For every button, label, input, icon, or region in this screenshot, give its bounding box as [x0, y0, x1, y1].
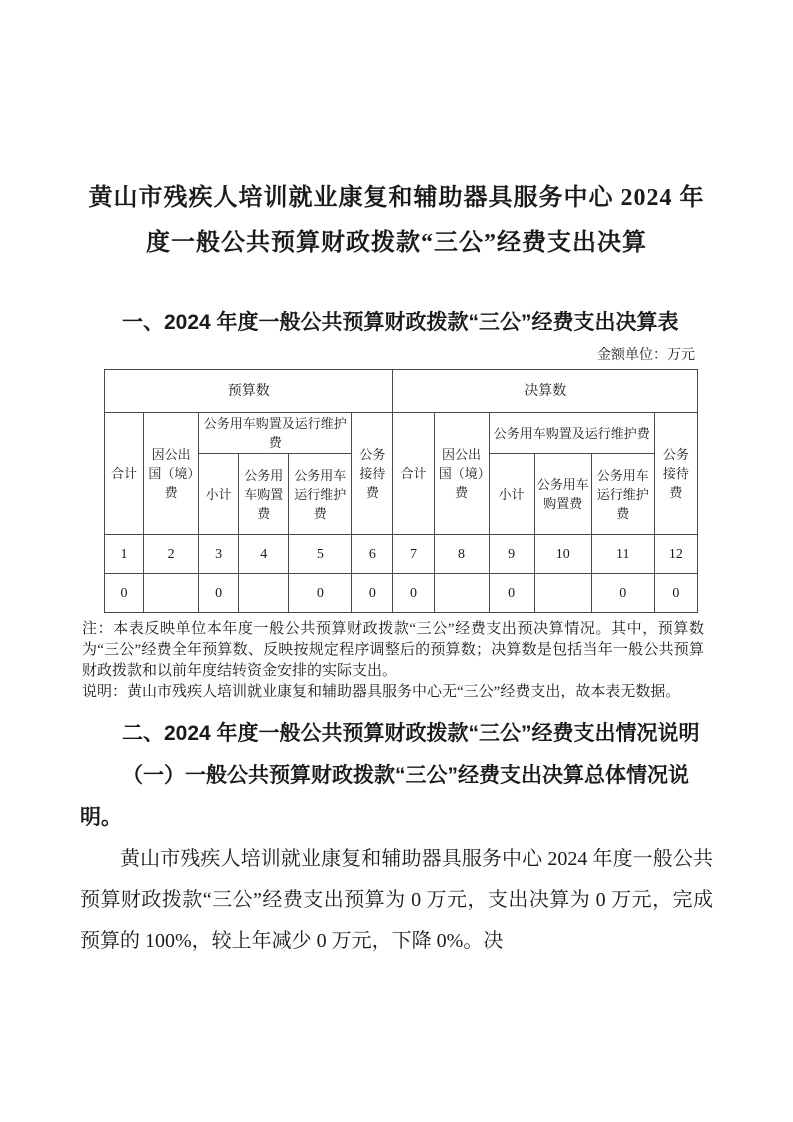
- value-cell: 0: [352, 574, 393, 613]
- final-abroad-header-cell: 因公出国（境）费: [434, 413, 489, 535]
- value-cell: 0: [489, 574, 534, 613]
- final-group-header-cell: 决算数: [393, 370, 698, 413]
- final-vehicle-group-header-cell: 公务用车购置及运行维护费: [489, 413, 654, 454]
- value-cell: [239, 574, 289, 613]
- value-cell: 0: [289, 574, 352, 613]
- budget-reception-header-cell: 公务接待费: [352, 413, 393, 535]
- budget-total-header-cell: 合计: [105, 413, 144, 535]
- section-one-heading: 一、2024 年度一般公共预算财政拨款“三公”经费支出决算表: [80, 300, 713, 345]
- section-two-heading: 二、2024 年度一般公共预算财政拨款“三公”经费支出情况说明: [80, 713, 713, 755]
- column-number-cell: 12: [654, 535, 697, 574]
- column-number-cell: 6: [352, 535, 393, 574]
- value-cell: 0: [393, 574, 434, 613]
- column-number-cell: 8: [434, 535, 489, 574]
- value-cell: 0: [199, 574, 239, 613]
- column-number-cell: 5: [289, 535, 352, 574]
- document-title: 黄山市残疾人培训就业康复和辅助器具服务中心 2024 年度一般公共预算财政拨款“…: [80, 176, 713, 266]
- final-subtotal-header-cell: 小计: [489, 454, 534, 535]
- three-public-expense-table: 预算数 决算数 合计 因公出国（境）费 公务用车购置及运行维护费 公务接待费 合…: [104, 369, 698, 613]
- table-statement: 说明：黄山市残疾人培训就业康复和辅助器具服务中心无“三公”经费支出，故本表无数据…: [82, 682, 704, 703]
- column-number-cell: 3: [199, 535, 239, 574]
- column-number-cell: 2: [144, 535, 199, 574]
- value-cell: 0: [105, 574, 144, 613]
- summary-paragraph: 黄山市残疾人培训就业康复和辅助器具服务中心 2024 年度一般公共预算财政拨款“…: [80, 839, 713, 962]
- column-number-cell: 11: [591, 535, 654, 574]
- value-cell: [144, 574, 199, 613]
- budget-abroad-header-cell: 因公出国（境）费: [144, 413, 199, 535]
- budget-subtotal-header-cell: 小计: [199, 454, 239, 535]
- final-reception-header-cell: 公务接待费: [654, 413, 697, 535]
- column-number-cell: 1: [105, 535, 144, 574]
- table-data-row: 0 0 0 0 0 0 0 0: [105, 574, 698, 613]
- budget-maintenance-header-cell: 公务用车运行维护费: [289, 454, 352, 535]
- column-number-cell: 7: [393, 535, 434, 574]
- column-number-cell: 10: [534, 535, 591, 574]
- column-number-cell: 9: [489, 535, 534, 574]
- table-subheader-row-1: 合计 因公出国（境）费 公务用车购置及运行维护费 公务接待费 合计 因公出国（境…: [105, 413, 698, 454]
- value-cell: 0: [591, 574, 654, 613]
- final-total-header-cell: 合计: [393, 413, 434, 535]
- table-group-header-row: 预算数 决算数: [105, 370, 698, 413]
- value-cell: [434, 574, 489, 613]
- value-cell: [534, 574, 591, 613]
- table-note: 注：本表反映单位本年度一般公共预算财政拨款“三公”经费支出预决算情况。其中，预算…: [82, 619, 704, 682]
- budget-vehicle-group-header-cell: 公务用车购置及运行维护费: [199, 413, 352, 454]
- document-page: 黄山市残疾人培训就业康复和辅助器具服务中心 2024 年度一般公共预算财政拨款“…: [0, 0, 793, 1122]
- table-column-number-row: 1 2 3 4 5 6 7 8 9 10 11 12: [105, 535, 698, 574]
- budget-group-header-cell: 预算数: [105, 370, 393, 413]
- value-cell: 0: [654, 574, 697, 613]
- amount-unit-label: 金额单位：万元: [80, 347, 695, 365]
- budget-purchase-header-cell: 公务用车购置费: [239, 454, 289, 535]
- final-purchase-header-cell: 公务用车购置费: [534, 454, 591, 535]
- final-maintenance-header-cell: 公务用车运行维护费: [591, 454, 654, 535]
- subsection-one-heading: （一）一般公共预算财政拨款“三公”经费支出决算总体情况说明。: [80, 755, 713, 839]
- column-number-cell: 4: [239, 535, 289, 574]
